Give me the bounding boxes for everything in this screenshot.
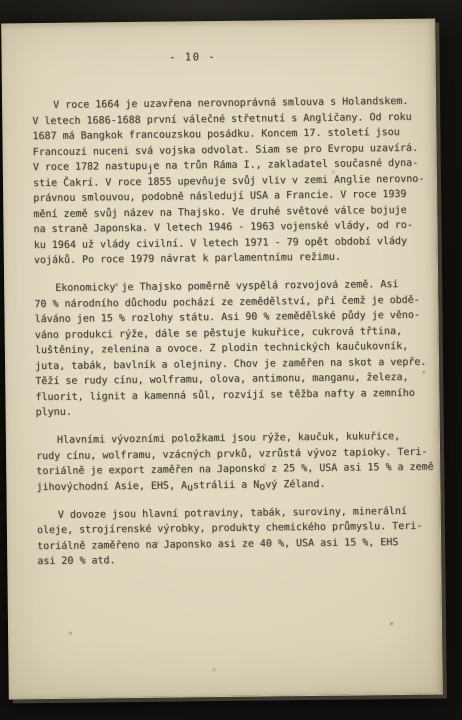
paragraph-4: V dovoze jsou hlavní potraviny, tabák, s… xyxy=(37,503,440,570)
book-background: - 10 - V roce 1664 je uzavřena nerovnopr… xyxy=(0,0,462,720)
dropped-glyph: o xyxy=(259,482,265,493)
dropped-glyph: j xyxy=(147,163,153,174)
body-text: V roce 1664 je uzavřena nerovnoprávná sm… xyxy=(32,94,439,583)
text-line: vojáků. Po roce 1979 návrat k parlamentn… xyxy=(34,249,436,269)
dropped-glyph: u xyxy=(187,482,193,493)
paragraph-3: Hlavními vývozními položkami jsou rýže, … xyxy=(36,429,439,496)
text-line: asi 20 % atd. xyxy=(37,550,439,570)
paper-speckles xyxy=(1,23,2,24)
page-number: - 10 - xyxy=(2,49,384,65)
paragraph-2: Ekonomicky je Thajsko poměrně vyspělá ro… xyxy=(34,277,438,421)
paragraph-1: V roce 1664 je uzavřena nerovnoprávná sm… xyxy=(32,94,436,269)
scanned-page: - 10 - V roce 1664 je uzavřena nerovnopr… xyxy=(1,19,443,700)
